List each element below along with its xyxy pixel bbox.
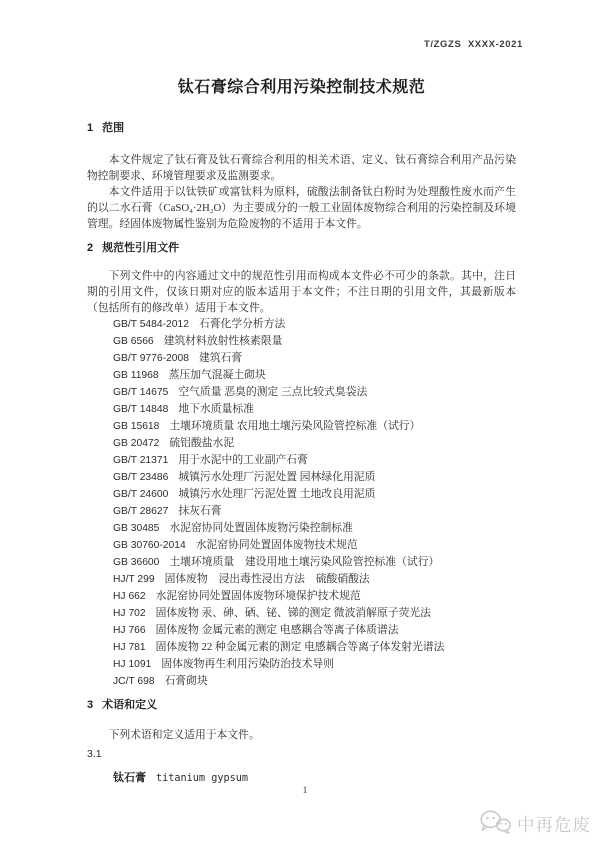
section-2-label: 规范性引用文件 <box>102 242 179 254</box>
section-2-number: 2 <box>87 242 93 254</box>
page-title: 钛石膏综合利用污染控制技术规范 <box>87 78 516 98</box>
reference-code: GB/T 5484-2012 <box>113 319 189 330</box>
section-3-number: 3 <box>87 699 93 711</box>
reference-title: 城镇污水处理厂污泥处置 土地改良用泥质 <box>178 488 375 500</box>
watermark-text: 中再危废 <box>517 812 591 837</box>
reference-item: HJ 1091固体废物再生利用污染防治技术导则 <box>87 656 516 673</box>
reference-title: 建筑石膏 <box>199 352 242 364</box>
reference-code: GB 11968 <box>113 370 159 381</box>
reference-item: GB 15618土壤环境质量 农用地土壤污染风险管控标准（试行） <box>87 418 516 435</box>
reference-code: GB 6566 <box>113 336 154 347</box>
reference-title: 空气质量 恶臭的测定 三点比较式臭袋法 <box>178 386 367 398</box>
reference-item: JC/T 698石膏砌块 <box>87 673 516 690</box>
reference-code: HJ 702 <box>113 608 146 619</box>
reference-title: 固体废物 金属元素的测定 电感耦合等离子体质谱法 <box>156 624 399 636</box>
reference-title: 城镇污水处理厂污泥处置 园林绿化用泥质 <box>178 471 375 483</box>
reference-item: HJ 781固体废物 22 种金属元素的测定 电感耦合等离子体发射光谱法 <box>87 639 516 656</box>
reference-title: 抹灰石膏 <box>178 505 221 517</box>
reference-code: GB/T 9776-2008 <box>113 353 189 364</box>
reference-item: GB 11968蒸压加气混凝土砌块 <box>87 367 516 384</box>
reference-code: GB/T 28627 <box>113 506 168 517</box>
reference-title: 石膏砌块 <box>165 675 208 687</box>
watermark: 中再危废 <box>479 809 591 840</box>
reference-code: JC/T 698 <box>113 676 155 687</box>
reference-code: GB 15618 <box>113 421 159 432</box>
reference-title: 用于水泥中的工业副产石膏 <box>178 454 308 466</box>
reference-title: 土壤环境质量 农用地土壤污染风险管控标准（试行） <box>169 420 420 432</box>
reference-item: GB 36600土壤环境质量 建设用地土壤污染风险管控标准（试行） <box>87 554 516 571</box>
reference-title: 硫铝酸盐水泥 <box>169 437 234 449</box>
reference-code: GB/T 14675 <box>113 387 168 398</box>
document-page: T/ZGZS XXXX-2021 钛石膏综合利用污染控制技术规范 1范围 本文件… <box>0 0 600 848</box>
section-3-heading: 3术语和定义 <box>87 698 516 712</box>
reference-title: 建筑材料放射性核素限量 <box>164 335 283 347</box>
term-chinese: 钛石膏 <box>113 772 146 784</box>
reference-code: HJ/T 299 <box>113 574 155 585</box>
reference-code: HJ 766 <box>113 625 146 636</box>
reference-item: GB 30485水泥窑协同处置固体废物污染控制标准 <box>87 520 516 537</box>
reference-code: HJ 781 <box>113 642 146 653</box>
reference-title: 固体废物 汞、砷、硒、铋、锑的测定 微波消解原子荧光法 <box>156 607 431 619</box>
reference-item: GB/T 24600城镇污水处理厂污泥处置 土地改良用泥质 <box>87 486 516 503</box>
section-1-heading: 1范围 <box>87 121 516 135</box>
page-number: 1 <box>0 786 600 796</box>
reference-item: HJ 702固体废物 汞、砷、硒、铋、锑的测定 微波消解原子荧光法 <box>87 605 516 622</box>
reference-item: GB/T 23486城镇污水处理厂污泥处置 园林绿化用泥质 <box>87 469 516 486</box>
reference-title: 固体废物 22 种金属元素的测定 电感耦合等离子体发射光谱法 <box>156 641 445 653</box>
section-2-heading: 2规范性引用文件 <box>87 241 516 255</box>
reference-title: 蒸压加气混凝土砌块 <box>169 369 266 381</box>
reference-title: 水泥窑协同处置固体废物污染控制标准 <box>169 522 353 534</box>
reference-title: 固体废物 浸出毒性浸出方法 硫酸硝酸法 <box>165 573 370 585</box>
reference-code: GB/T 23486 <box>113 472 168 483</box>
reference-item: GB/T 9776-2008建筑石膏 <box>87 350 516 367</box>
section-1-label: 范围 <box>102 122 124 134</box>
reference-code: GB/T 14848 <box>113 404 168 415</box>
reference-item: GB/T 14675空气质量 恶臭的测定 三点比较式臭袋法 <box>87 384 516 401</box>
section-3-label: 术语和定义 <box>102 699 157 711</box>
reference-code: GB 30485 <box>113 523 159 534</box>
document-content: 钛石膏综合利用污染控制技术规范 1范围 本文件规定了钛石膏及钛石膏综合利用的相关… <box>87 0 516 787</box>
reference-item: GB/T 28627抹灰石膏 <box>87 503 516 520</box>
reference-code: GB/T 21371 <box>113 455 168 466</box>
reference-code: HJ 662 <box>113 591 146 602</box>
reference-code: HJ 1091 <box>113 659 151 670</box>
reference-title: 土壤环境质量 建设用地土壤污染风险管控标准（试行） <box>169 556 439 568</box>
reference-title: 石膏化学分析方法 <box>199 318 285 330</box>
term-line: 钛石膏titanium gypsum <box>87 769 516 787</box>
reference-title: 水泥窑协同处置固体废物环境保护技术规范 <box>156 590 361 602</box>
reference-title: 固体废物再生利用污染防治技术导则 <box>161 658 334 670</box>
reference-code: GB/T 24600 <box>113 489 168 500</box>
reference-item: GB/T 14848地下水质量标准 <box>87 401 516 418</box>
section-2-intro: 下列文件中的内容通过文中的规范性引用而构成本文件必不可少的条款。其中，注日期的引… <box>87 268 516 316</box>
reference-item: HJ 662水泥窑协同处置固体废物环境保护技术规范 <box>87 588 516 605</box>
reference-code: GB 20472 <box>113 438 159 449</box>
section-1-paragraph-2: 本文件适用于以钛铁矿或富钛料为原料，硫酸法制备钛白粉时为处理酸性废水而产生的以二… <box>87 184 516 232</box>
term-english: titanium gypsum <box>156 773 248 784</box>
reference-item: HJ 766固体废物 金属元素的测定 电感耦合等离子体质谱法 <box>87 622 516 639</box>
reference-title: 水泥窑协同处置固体废物技术规范 <box>196 539 358 551</box>
reference-item: GB/T 21371用于水泥中的工业副产石膏 <box>87 452 516 469</box>
references-list: GB/T 5484-2012石膏化学分析方法 GB 6566建筑材料放射性核素限… <box>87 316 516 690</box>
reference-title: 地下水质量标准 <box>178 403 254 415</box>
wechat-logo-icon <box>479 809 511 840</box>
reference-item: GB/T 5484-2012石膏化学分析方法 <box>87 316 516 333</box>
section-3-intro: 下列术语和定义适用于本文件。 <box>87 727 516 743</box>
section-1-number: 1 <box>87 122 93 134</box>
reference-code: GB 30760-2014 <box>113 540 186 551</box>
reference-item: GB 20472硫铝酸盐水泥 <box>87 435 516 452</box>
reference-item: GB 6566建筑材料放射性核素限量 <box>87 333 516 350</box>
section-1-paragraph-1: 本文件规定了钛石膏及钛石膏综合利用的相关术语、定义、钛石膏综合利用产品污染物控制… <box>87 152 516 184</box>
term-number: 3.1 <box>87 746 516 762</box>
reference-item: HJ/T 299固体废物 浸出毒性浸出方法 硫酸硝酸法 <box>87 571 516 588</box>
reference-item: GB 30760-2014水泥窑协同处置固体废物技术规范 <box>87 537 516 554</box>
reference-code: GB 36600 <box>113 557 159 568</box>
